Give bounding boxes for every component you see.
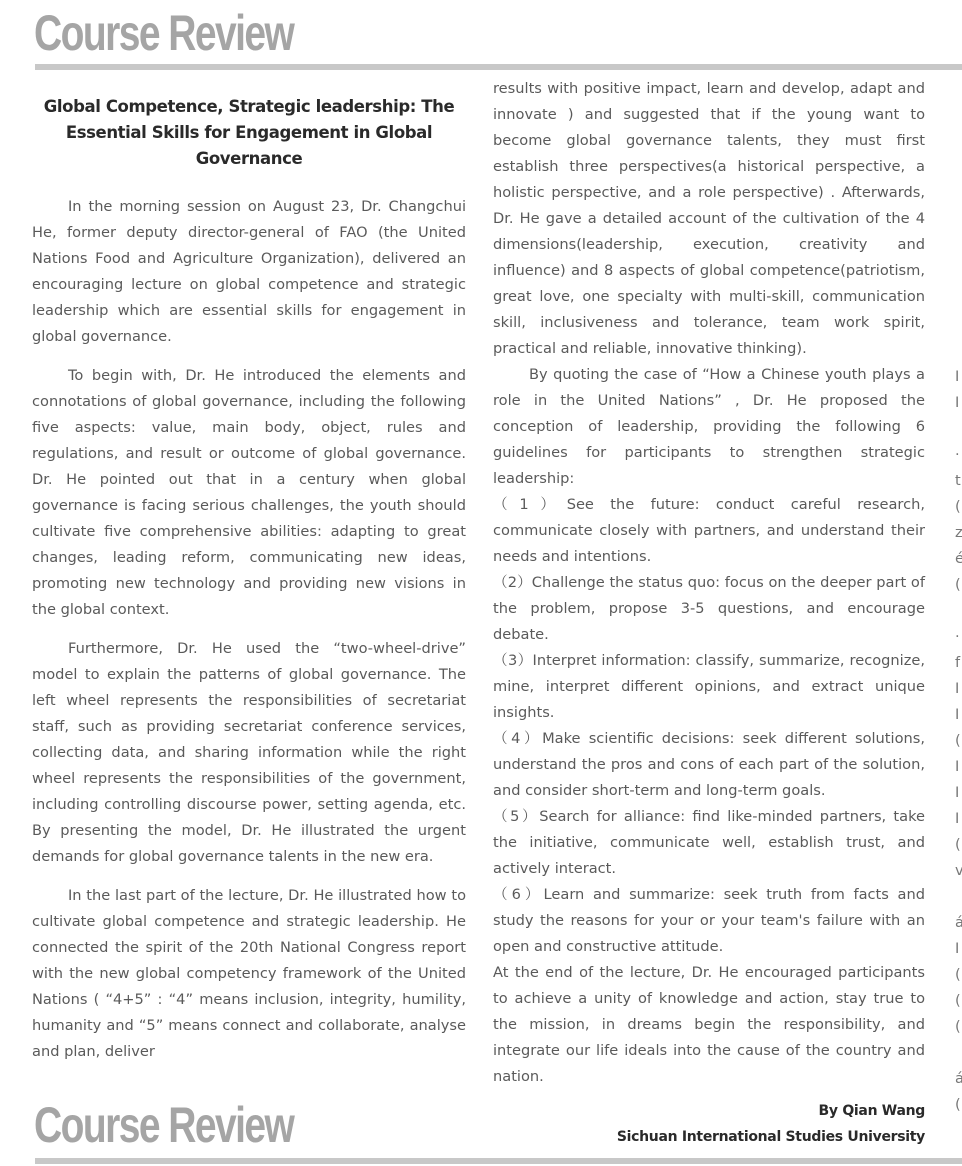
article-paragraph: In the morning session on August 23, Dr.… [32, 194, 466, 350]
guideline-item: （2）Challenge the status quo: focus on th… [493, 570, 925, 648]
byline-affiliation: Sichuan International Studies University [493, 1124, 925, 1150]
header-divider-bottom [35, 1158, 962, 1164]
article-paragraph: In the last part of the lecture, Dr. He … [32, 883, 466, 1065]
section-header-bottom: Course Review [34, 1100, 293, 1150]
article-paragraph-continued: results with positive impact, learn and … [493, 76, 925, 362]
guideline-item: （1）See the future: conduct careful resea… [493, 492, 925, 570]
guideline-item: （4）Make scientific decisions: seek diffe… [493, 726, 925, 804]
guideline-item: （5）Search for alliance: find like-minded… [493, 804, 925, 882]
adjacent-page-edge: II·t(zé(·fII(III(váI(((á( [955, 364, 962, 1118]
byline: By Qian Wang Sichuan International Studi… [493, 1098, 925, 1150]
article-paragraph: By quoting the case of “How a Chinese yo… [493, 362, 925, 492]
article-left-column: Global Competence, Strategic leadership:… [32, 90, 466, 1078]
section-header-top: Course Review [34, 8, 293, 58]
header-divider-top [35, 64, 962, 70]
article-paragraph: Furthermore, Dr. He used the “two-wheel-… [32, 636, 466, 870]
guideline-item: （6）Learn and summarize: seek truth from … [493, 882, 925, 960]
byline-author: By Qian Wang [493, 1098, 925, 1124]
article-title: Global Competence, Strategic leadership:… [40, 94, 458, 172]
guideline-item: （3）Interpret information: classify, summ… [493, 648, 925, 726]
conclusion-paragraph: At the end of the lecture, Dr. He encour… [493, 960, 925, 1090]
article-right-column: results with positive impact, learn and … [493, 76, 925, 1150]
article-paragraph: To begin with, Dr. He introduced the ele… [32, 363, 466, 623]
